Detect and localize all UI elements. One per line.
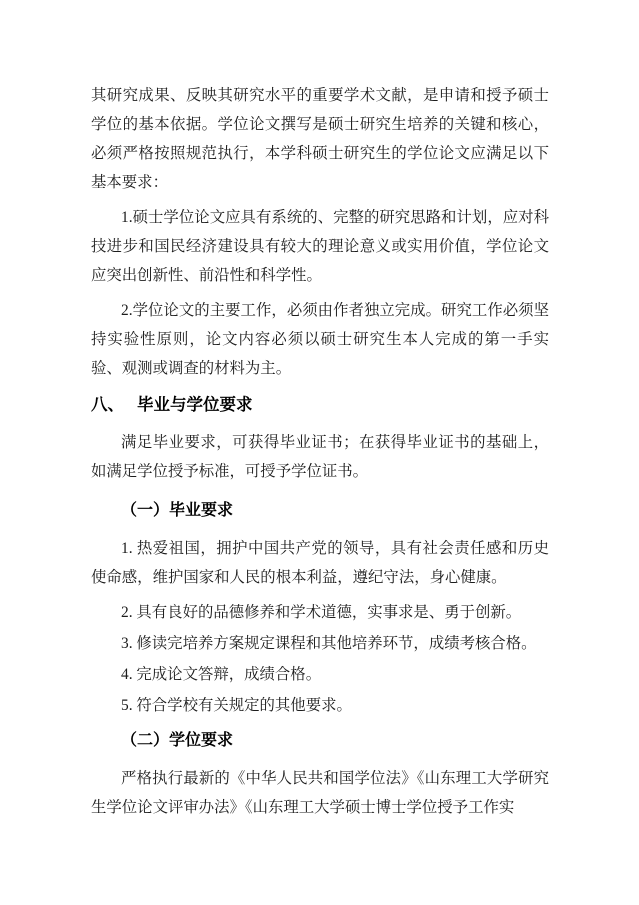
paragraph: 1.硕士学位论文应具有系统的、完整的研究思路和计划，应对科技进步和国民经济建设具… — [91, 203, 549, 290]
subheading-graduation-requirements: （一）毕业要求 — [91, 496, 549, 525]
list-item: 5. 符合学校有关规定的其他要求。 — [91, 691, 549, 720]
subheading-degree-requirements: （二）学位要求 — [91, 726, 549, 755]
document-page: 其研究成果、反映其研究水平的重要学术文献，是申请和授予硕士学位的基本依据。学位论… — [0, 0, 639, 905]
document-content: 其研究成果、反映其研究水平的重要学术文献，是申请和授予硕士学位的基本依据。学位论… — [91, 81, 549, 828]
list-item: 3. 修读完培养方案规定课程和其他培养环节，成绩考核合格。 — [91, 629, 549, 658]
section-heading-graduation-and-degree: 八、毕业与学位要求 — [91, 391, 549, 420]
paragraph: 2.学位论文的主要工作，必须由作者独立完成。研究工作必须坚持实验性原则，论文内容… — [91, 296, 549, 383]
paragraph: 满足毕业要求，可获得毕业证书；在获得毕业证书的基础上，如满足学位授予标准，可授予… — [91, 428, 549, 486]
paragraph: 严格执行最新的《中华人民共和国学位法》《山东理工大学研究生学位论文评审办法》《山… — [91, 764, 549, 822]
paragraph: 其研究成果、反映其研究水平的重要学术文献，是申请和授予硕士学位的基本依据。学位论… — [91, 81, 549, 197]
list-item: 4. 完成论文答辩，成绩合格。 — [91, 660, 549, 689]
paragraph: 1. 热爱祖国，拥护中国共产党的领导，具有社会责任感和历史使命感，维护国家和人民… — [91, 534, 549, 592]
list-item: 2. 具有良好的品德修养和学术道德，实事求是、勇于创新。 — [91, 598, 549, 627]
section-number: 八、 — [91, 396, 124, 414]
section-title: 毕业与学位要求 — [137, 396, 253, 414]
